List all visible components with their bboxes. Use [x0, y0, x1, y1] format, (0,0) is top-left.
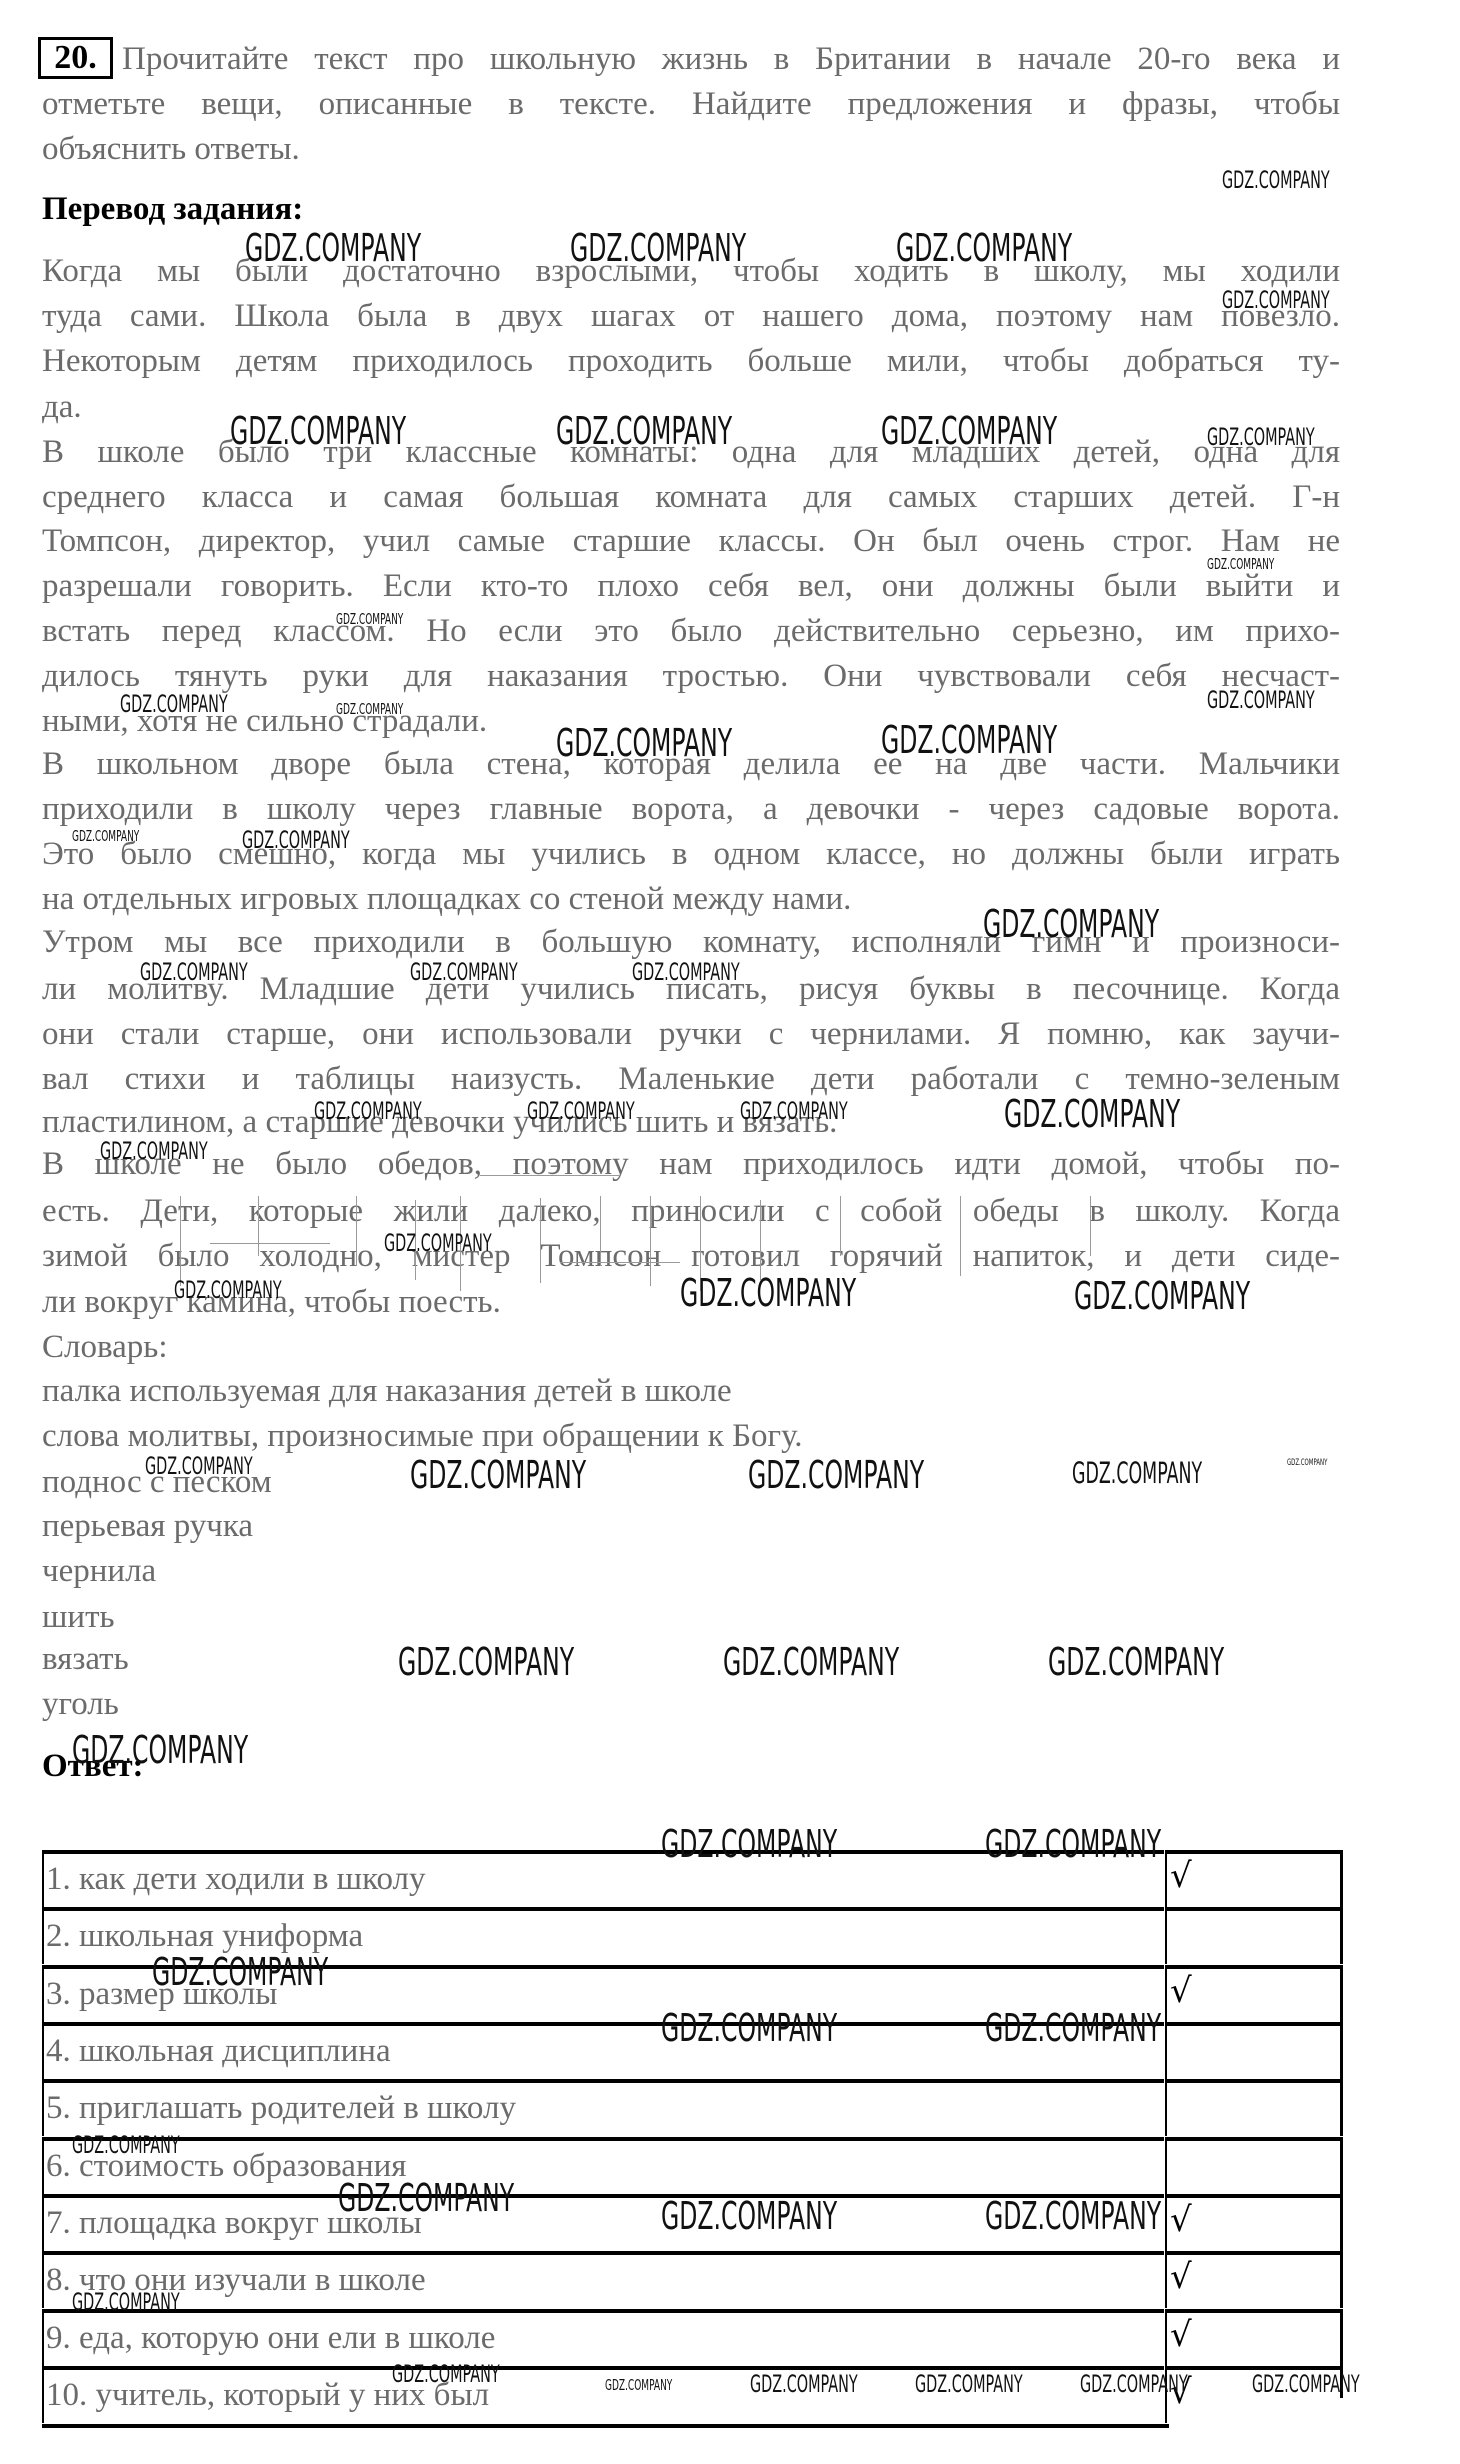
- row-label: 5. приглашать родителей в школу: [42, 2079, 1164, 2136]
- task-text-line: объяснить ответы.: [42, 127, 300, 172]
- watermark: GDZ.COMPANY: [72, 827, 139, 845]
- watermark: GDZ.COMPANY: [384, 1229, 492, 1257]
- paragraph-line: Томпсон, директор, учил самые старшие кл…: [42, 519, 1340, 564]
- watermark: GDZ.COMPANY: [242, 826, 350, 854]
- watermark: GDZ.COMPANY: [1222, 166, 1330, 194]
- watermark: GDZ.COMPANY: [723, 1640, 899, 1684]
- task-text-line: Прочитайте текст про школьную жизнь в Бр…: [122, 37, 1340, 82]
- watermark: GDZ.COMPANY: [985, 2194, 1161, 2238]
- check-cell[interactable]: [1165, 2079, 1343, 2136]
- watermark: GDZ.COMPANY: [72, 2131, 180, 2159]
- row-label: 6. стоимость образования: [42, 2137, 1164, 2194]
- paragraph-line: на отдельных игровых площадках со стеной…: [42, 877, 851, 922]
- watermark: GDZ.COMPANY: [881, 409, 1057, 453]
- watermark: GDZ.COMPANY: [740, 1097, 848, 1125]
- watermark: GDZ.COMPANY: [1222, 286, 1330, 314]
- watermark: GDZ.COMPANY: [985, 2006, 1161, 2050]
- watermark: GDZ.COMPANY: [1072, 1456, 1202, 1490]
- dictionary-entry: палка используемая для наказания детей в…: [42, 1369, 732, 1414]
- watermark: GDZ.COMPANY: [120, 690, 228, 718]
- scan-artifact: [560, 1262, 680, 1263]
- scan-artifact: [480, 1175, 620, 1176]
- scan-artifact: [540, 1198, 541, 1283]
- watermark: GDZ.COMPANY: [1207, 686, 1315, 714]
- watermark: GDZ.COMPANY: [748, 1453, 924, 1497]
- task-text-line: отметьте вещи, описанные в тексте. Найди…: [42, 82, 1340, 127]
- watermark: GDZ.COMPANY: [915, 2370, 1023, 2398]
- watermark: GDZ.COMPANY: [152, 1950, 328, 1994]
- dictionary-entry: уголь: [42, 1682, 119, 1727]
- scan-artifact: [180, 1196, 181, 1286]
- watermark: GDZ.COMPANY: [556, 721, 732, 765]
- check-cell[interactable]: [1165, 2137, 1343, 2194]
- dictionary-entry: чернила: [42, 1549, 156, 1594]
- paragraph-line: они стали старше, они использовали ручки…: [42, 1012, 1340, 1057]
- dictionary-entry: вязать: [42, 1637, 129, 1682]
- paragraph-line: встать перед классом. Но если это было д…: [42, 609, 1340, 654]
- watermark: GDZ.COMPANY: [570, 226, 746, 270]
- scan-artifact: [600, 1196, 601, 1266]
- watermark: GDZ.COMPANY: [750, 2370, 858, 2398]
- paragraph-line: есть. Дети, которые жили далеко, приноси…: [42, 1189, 1340, 1234]
- homework-page: 20. Прочитайте текст про школьную жизнь …: [0, 0, 1460, 2464]
- watermark: GDZ.COMPANY: [1207, 423, 1315, 451]
- scan-artifact: [960, 1196, 961, 1276]
- watermark: GDZ.COMPANY: [1252, 2370, 1360, 2398]
- watermark: GDZ.COMPANY: [1080, 2370, 1188, 2398]
- watermark: GDZ.COMPANY: [100, 1137, 208, 1165]
- watermark: GDZ.COMPANY: [410, 1453, 586, 1497]
- row-label: 9. еда, которую они ели в школе: [42, 2309, 1164, 2366]
- table-row: 5. приглашать родителей в школу: [42, 2079, 1343, 2136]
- paragraph-line: туда сами. Школа была в двух шагах от на…: [42, 294, 1340, 339]
- watermark: GDZ.COMPANY: [392, 2360, 500, 2388]
- row-label: 8. что они изучали в школе: [42, 2251, 1164, 2308]
- scan-artifact: [650, 1196, 651, 1286]
- paragraph-line: да.: [42, 385, 82, 430]
- scan-artifact: [356, 1196, 357, 1266]
- check-cell[interactable]: [1165, 1907, 1343, 1964]
- watermark: GDZ.COMPANY: [661, 2006, 837, 2050]
- watermark: GDZ.COMPANY: [72, 1728, 248, 1772]
- watermark: GDZ.COMPANY: [527, 1097, 635, 1125]
- scan-artifact: [258, 1196, 259, 1256]
- watermark: GDZ.COMPANY: [985, 1822, 1161, 1866]
- paragraph-line: приходили в школу через главные ворота, …: [42, 787, 1340, 832]
- watermark: GDZ.COMPANY: [1004, 1092, 1180, 1136]
- watermark: GDZ.COMPANY: [336, 700, 403, 718]
- watermark: GDZ.COMPANY: [632, 958, 740, 986]
- table-row: 6. стоимость образования: [42, 2137, 1343, 2194]
- paragraph-line: Это было смешно, когда мы учились в одно…: [42, 832, 1340, 877]
- watermark: GDZ.COMPANY: [1048, 1640, 1224, 1684]
- watermark: GDZ.COMPANY: [230, 409, 406, 453]
- watermark: GDZ.COMPANY: [174, 1276, 282, 1304]
- watermark: GDZ.COMPANY: [983, 902, 1159, 946]
- table-bottom-border: [42, 2424, 1169, 2428]
- table-row: 9. еда, которую они ели в школе √: [42, 2309, 1343, 2366]
- paragraph-line: Некоторым детям приходилось проходить бо…: [42, 339, 1340, 384]
- check-cell[interactable]: √: [1165, 2194, 1343, 2251]
- watermark: GDZ.COMPANY: [336, 610, 403, 628]
- watermark: GDZ.COMPANY: [145, 1452, 253, 1480]
- watermark: GDZ.COMPANY: [556, 409, 732, 453]
- watermark: GDZ.COMPANY: [605, 2376, 672, 2394]
- watermark: GDZ.COMPANY: [661, 1822, 837, 1866]
- scan-artifact: [210, 1243, 330, 1244]
- watermark: GDZ.COMPANY: [896, 226, 1072, 270]
- watermark: GDZ.COMPANY: [661, 2194, 837, 2238]
- watermark: GDZ.COMPANY: [245, 226, 421, 270]
- watermark: GDZ.COMPANY: [140, 958, 248, 986]
- check-cell[interactable]: √: [1165, 2309, 1343, 2366]
- watermark: GDZ.COMPANY: [338, 2176, 514, 2220]
- check-cell[interactable]: √: [1165, 1850, 1343, 1907]
- paragraph-line: среднего класса и самая большая комната …: [42, 475, 1340, 520]
- dictionary-entry: перьевая ручка: [42, 1504, 253, 1549]
- check-cell[interactable]: √: [1165, 1965, 1343, 2022]
- watermark: GDZ.COMPANY: [1074, 1274, 1250, 1318]
- paragraph-line: дилось тянуть руки для наказания тростью…: [42, 654, 1340, 699]
- scan-artifact: [1090, 1196, 1091, 1256]
- exercise-number-badge: 20.: [38, 37, 113, 79]
- dictionary-heading: Словарь:: [42, 1325, 168, 1370]
- table-row: 8. что они изучали в школе √: [42, 2251, 1343, 2308]
- watermark: GDZ.COMPANY: [72, 2288, 180, 2316]
- paragraph-line: разрешали говорить. Если кто-то плохо се…: [42, 564, 1340, 609]
- check-cell[interactable]: √: [1165, 2251, 1343, 2308]
- scan-artifact: [840, 1196, 841, 1256]
- dictionary-entry: шить: [42, 1595, 115, 1640]
- paragraph-line: ными, хотя не сильно страдали.: [42, 699, 487, 744]
- watermark: GDZ.COMPANY: [881, 718, 1057, 762]
- paragraph-line: В школе не было обедов, поэтому нам прих…: [42, 1142, 1340, 1187]
- check-cell[interactable]: [1165, 2022, 1343, 2079]
- watermark: GDZ.COMPANY: [680, 1271, 856, 1315]
- watermark: GDZ.COMPANY: [398, 1640, 574, 1684]
- scan-artifact: [760, 1200, 761, 1280]
- watermark: GDZ.COMPANY: [410, 958, 518, 986]
- watermark: GDZ.COMPANY: [1207, 555, 1274, 573]
- watermark: GDZ.COMPANY: [314, 1097, 422, 1125]
- watermark: GDZ.COMPANY: [1287, 1458, 1327, 1468]
